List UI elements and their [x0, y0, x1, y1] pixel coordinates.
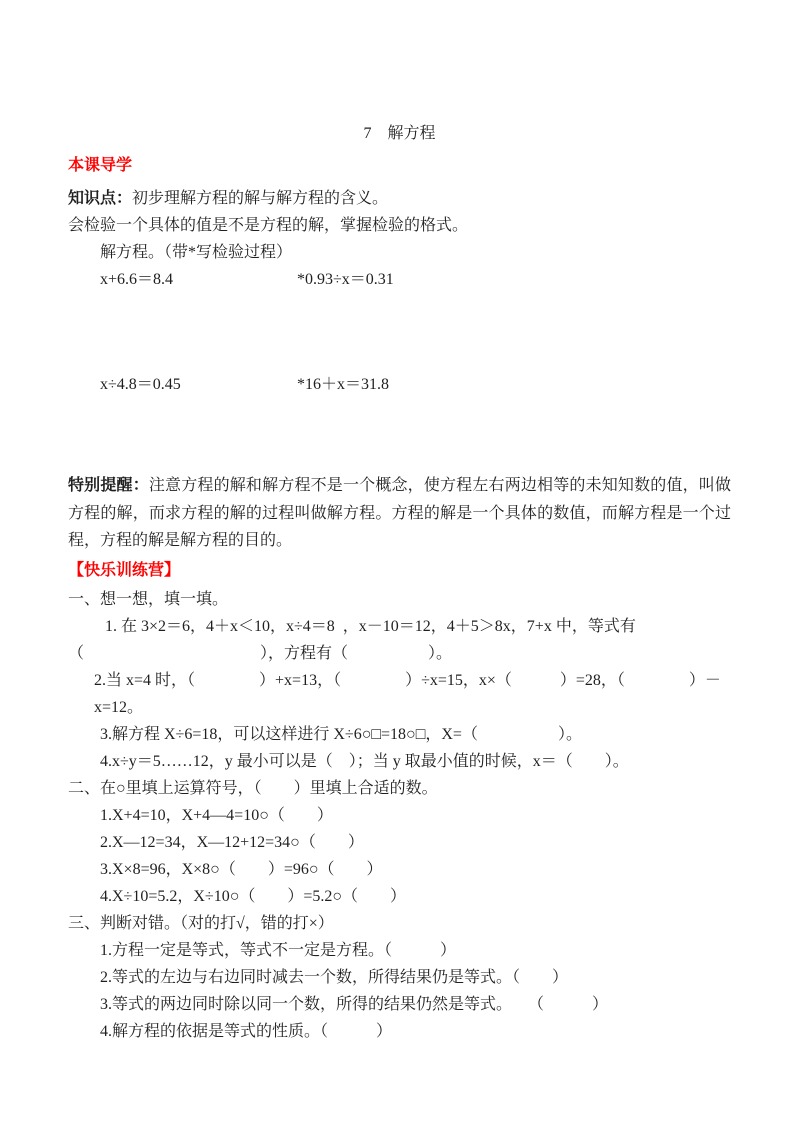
worksheet-page: 7 解方程 本课导学 知识点：初步理解方程的解与解方程的含义。 会检验一个具体的…	[0, 0, 793, 1122]
part1-item1-line2: （ ），方程有（ ）。	[68, 640, 731, 667]
equation-2: *0.93÷x＝0.31	[297, 266, 394, 293]
work-space-1	[68, 293, 731, 371]
part3-item2: 2.等式的左边与右边同时减去一个数，所得结果仍是等式。（ ）	[68, 964, 731, 991]
part3-title: 三、判断对错。（对的打√，错的打×）	[68, 910, 731, 937]
knowledge-point-line: 知识点：初步理解方程的解与解方程的含义。	[68, 185, 731, 212]
knowledge-text: 初步理解方程的解与解方程的含义。	[132, 190, 388, 207]
part1-item1-line1: 1. 在 3×2＝6，4＋x＜10，x÷4＝8 ，x－10＝12，4＋5＞8x，…	[68, 613, 731, 640]
part3-item1: 1.方程一定是等式，等式不一定是方程。（ ）	[68, 937, 731, 964]
solve-instruction: 解方程。（带*写检验过程）	[68, 239, 731, 266]
special-reminder: 特别提醒：注意方程的解和解方程不是一个概念，使方程左右两边相等的未知知数的值，叫…	[68, 472, 731, 555]
reminder-text: 注意方程的解和解方程不是一个概念，使方程左右两边相等的未知知数的值，叫做方程的解…	[68, 477, 731, 549]
knowledge-label: 知识点：	[68, 190, 132, 207]
part1-title: 一、想一想，填一填。	[68, 586, 731, 613]
equation-3: x÷4.8＝0.45	[100, 371, 297, 398]
equation-row-2: x÷4.8＝0.45 *16＋x＝31.8	[68, 371, 731, 398]
work-space-2	[68, 398, 731, 472]
reminder-label: 特别提醒：	[68, 477, 149, 494]
equation-1: x+6.6＝8.4	[100, 266, 297, 293]
part1-item3: 3.解方程 X÷6=18，可以这样进行 X÷6○□=18○□，X=（ ）。	[68, 721, 731, 748]
guide-heading: 本课导学	[68, 152, 731, 179]
part2-item1: 1.X+4=10，X+4—4=10○（ ）	[68, 802, 731, 829]
equation-4: *16＋x＝31.8	[297, 371, 389, 398]
part1-item4: 4.x÷y＝5……12，y 最小可以是（ ）；当 y 取最小值的时候，x＝（ ）…	[68, 748, 731, 775]
check-skill-line: 会检验一个具体的值是不是方程的解，掌握检验的格式。	[68, 212, 731, 239]
part3-item4: 4.解方程的依据是等式的性质。（ ）	[68, 1018, 731, 1045]
part2-title: 二、在○里填上运算符号，（ ）里填上合适的数。	[68, 775, 731, 802]
part3-item3: 3.等式的两边同时除以同一个数，所得的结果仍然是等式。 （ ）	[68, 991, 731, 1018]
part2-item2: 2.X—12=34，X—12+12=34○（ ）	[68, 829, 731, 856]
part1-item2: 2.当 x=4 时，（ ）+x=13，（ ）÷x=15，x×（ ）=28，（ ）…	[68, 667, 731, 721]
equation-row-1: x+6.6＝8.4 *0.93÷x＝0.31	[68, 266, 731, 293]
page-title: 7 解方程	[68, 120, 731, 147]
part2-item4: 4.X÷10=5.2，X÷10○（ ）=5.2○（ ）	[68, 883, 731, 910]
training-camp-heading: 【快乐训练营】	[68, 557, 731, 584]
part2-item3: 3.X×8=96，X×8○（ ）=96○（ ）	[68, 856, 731, 883]
